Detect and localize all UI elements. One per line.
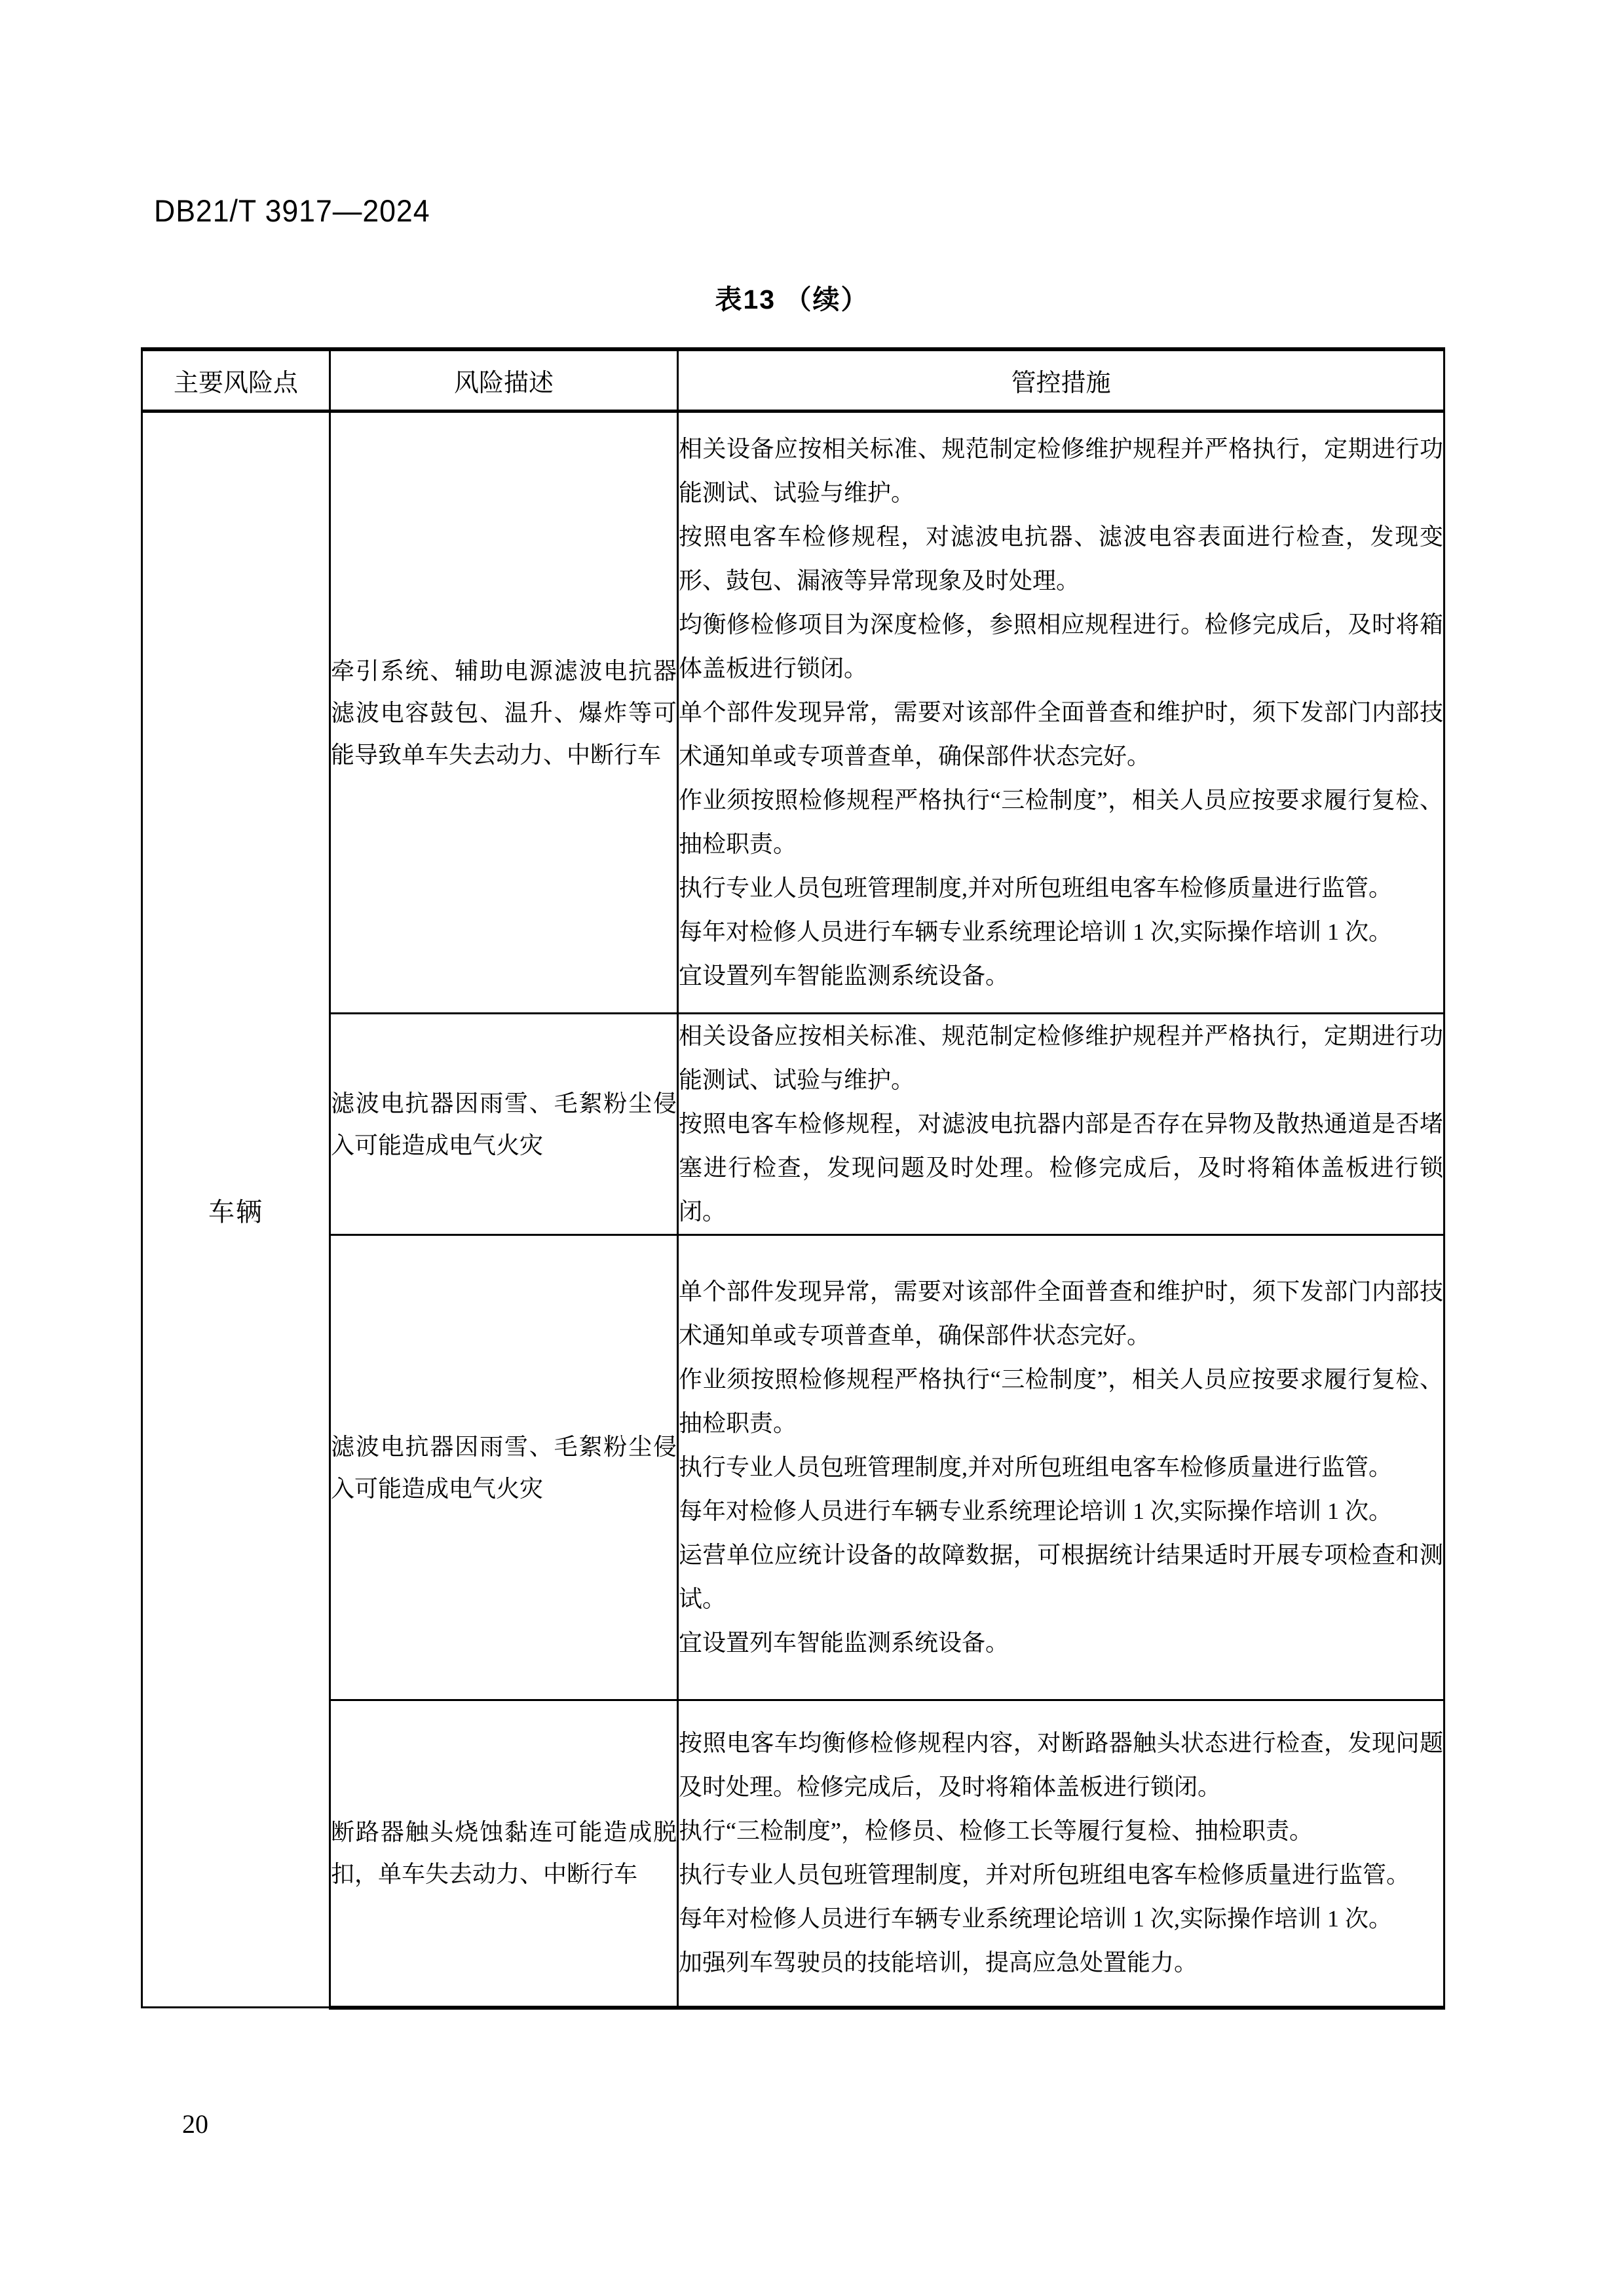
measures-cell: 相关设备应按相关标准、规范制定检修维护规程并严格执行，定期进行功能测试、试验与维…: [678, 1014, 1445, 1235]
measure-paragraph: 按照电客车检修规程，对滤波电抗器内部是否存在异物及散热通道是否堵塞进行检查，发现…: [679, 1102, 1443, 1234]
measure-paragraph: 单个部件发现异常，需要对该部件全面普查和维护时，须下发部门内部技术通知单或专项普…: [679, 1270, 1443, 1358]
measure-paragraph: 宜设置列车智能监测系统设备。: [679, 954, 1443, 998]
measures-cell: 相关设备应按相关标准、规范制定检修维护规程并严格执行，定期进行功能测试、试验与维…: [678, 411, 1445, 1014]
measure-paragraph: 执行专业人员包班管理制度,并对所包班组电客车检修质量进行监管。: [679, 866, 1443, 910]
doc-code: DB21/T 3917—2024: [154, 193, 430, 229]
measure-paragraph: 每年对检修人员进行车辆专业系统理论培训 1 次,实际操作培训 1 次。: [679, 910, 1443, 954]
measures-cell: 单个部件发现异常，需要对该部件全面普查和维护时，须下发部门内部技术通知单或专项普…: [678, 1235, 1445, 1700]
measure-paragraph: 每年对检修人员进行车辆专业系统理论培训 1 次,实际操作培训 1 次。: [679, 1897, 1443, 1941]
risk-point-cell: 车辆: [142, 411, 330, 2008]
measure-paragraph: 按照电客车检修规程，对滤波电抗器、滤波电容表面进行检查，发现变形、鼓包、漏液等异…: [679, 515, 1443, 603]
document-page: DB21/T 3917—2024 表13 （续） 主要风险点 风险描述 管控措施…: [0, 0, 1624, 2296]
measure-paragraph: 相关设备应按相关标准、规范制定检修维护规程并严格执行，定期进行功能测试、试验与维…: [679, 427, 1443, 515]
measure-paragraph: 每年对检修人员进行车辆专业系统理论培训 1 次,实际操作培训 1 次。: [679, 1489, 1443, 1533]
measure-paragraph: 加强列车驾驶员的技能培训，提高应急处置能力。: [679, 1941, 1443, 1985]
table-row: 滤波电抗器因雨雪、毛絮粉尘侵入可能造成电气火灾 单个部件发现异常，需要对该部件全…: [142, 1235, 1445, 1700]
table-title: 表13 （续）: [141, 278, 1443, 316]
measure-paragraph: 作业须按照检修规程严格执行“三检制度”，相关人员应按要求履行复检、抽检职责。: [679, 1358, 1443, 1445]
page-number: 20: [182, 2109, 208, 2139]
risk-table: 主要风险点 风险描述 管控措施 车辆 牵引系统、辅助电源滤波电抗器滤波电容鼓包、…: [141, 347, 1445, 2010]
measure-paragraph: 相关设备应按相关标准、规范制定检修维护规程并严格执行，定期进行功能测试、试验与维…: [679, 1014, 1443, 1102]
col-header-control-measures: 管控措施: [678, 349, 1445, 411]
table-header-row: 主要风险点 风险描述 管控措施: [142, 349, 1445, 411]
measures-cell: 按照电客车均衡修检修规程内容，对断路器触头状态进行检查，发现问题及时处理。检修完…: [678, 1700, 1445, 2008]
table-row: 车辆 牵引系统、辅助电源滤波电抗器滤波电容鼓包、温升、爆炸等可能导致单车失去动力…: [142, 411, 1445, 1014]
measure-paragraph: 单个部件发现异常，需要对该部件全面普查和维护时，须下发部门内部技术通知单或专项普…: [679, 691, 1443, 778]
col-header-risk-description: 风险描述: [330, 349, 678, 411]
measure-paragraph: 执行“三检制度”，检修员、检修工长等履行复检、抽检职责。: [679, 1809, 1443, 1853]
col-header-risk-point: 主要风险点: [142, 349, 330, 411]
measure-paragraph: 均衡修检修项目为深度检修，参照相应规程进行。检修完成后，及时将箱体盖板进行锁闭。: [679, 603, 1443, 691]
measure-paragraph: 执行专业人员包班管理制度,并对所包班组电客车检修质量进行监管。: [679, 1445, 1443, 1489]
risk-description-cell: 牵引系统、辅助电源滤波电抗器滤波电容鼓包、温升、爆炸等可能导致单车失去动力、中断…: [330, 411, 678, 1014]
table-row: 断路器触头烧蚀黏连可能造成脱扣，单车失去动力、中断行车 按照电客车均衡修检修规程…: [142, 1700, 1445, 2008]
risk-description-cell: 滤波电抗器因雨雪、毛絮粉尘侵入可能造成电气火灾: [330, 1014, 678, 1235]
risk-description-cell: 断路器触头烧蚀黏连可能造成脱扣，单车失去动力、中断行车: [330, 1700, 678, 2008]
risk-description-cell: 滤波电抗器因雨雪、毛絮粉尘侵入可能造成电气火灾: [330, 1235, 678, 1700]
measure-paragraph: 按照电客车均衡修检修规程内容，对断路器触头状态进行检查，发现问题及时处理。检修完…: [679, 1721, 1443, 1809]
risk-table-wrap: 主要风险点 风险描述 管控措施 车辆 牵引系统、辅助电源滤波电抗器滤波电容鼓包、…: [141, 347, 1443, 2010]
measure-paragraph: 执行专业人员包班管理制度，并对所包班组电客车检修质量进行监管。: [679, 1853, 1443, 1897]
table-row: 滤波电抗器因雨雪、毛絮粉尘侵入可能造成电气火灾 相关设备应按相关标准、规范制定检…: [142, 1014, 1445, 1235]
measure-paragraph: 宜设置列车智能监测系统设备。: [679, 1621, 1443, 1665]
measure-paragraph: 作业须按照检修规程严格执行“三检制度”，相关人员应按要求履行复检、抽检职责。: [679, 778, 1443, 866]
measure-paragraph: 运营单位应统计设备的故障数据，可根据统计结果适时开展专项检查和测试。: [679, 1533, 1443, 1621]
